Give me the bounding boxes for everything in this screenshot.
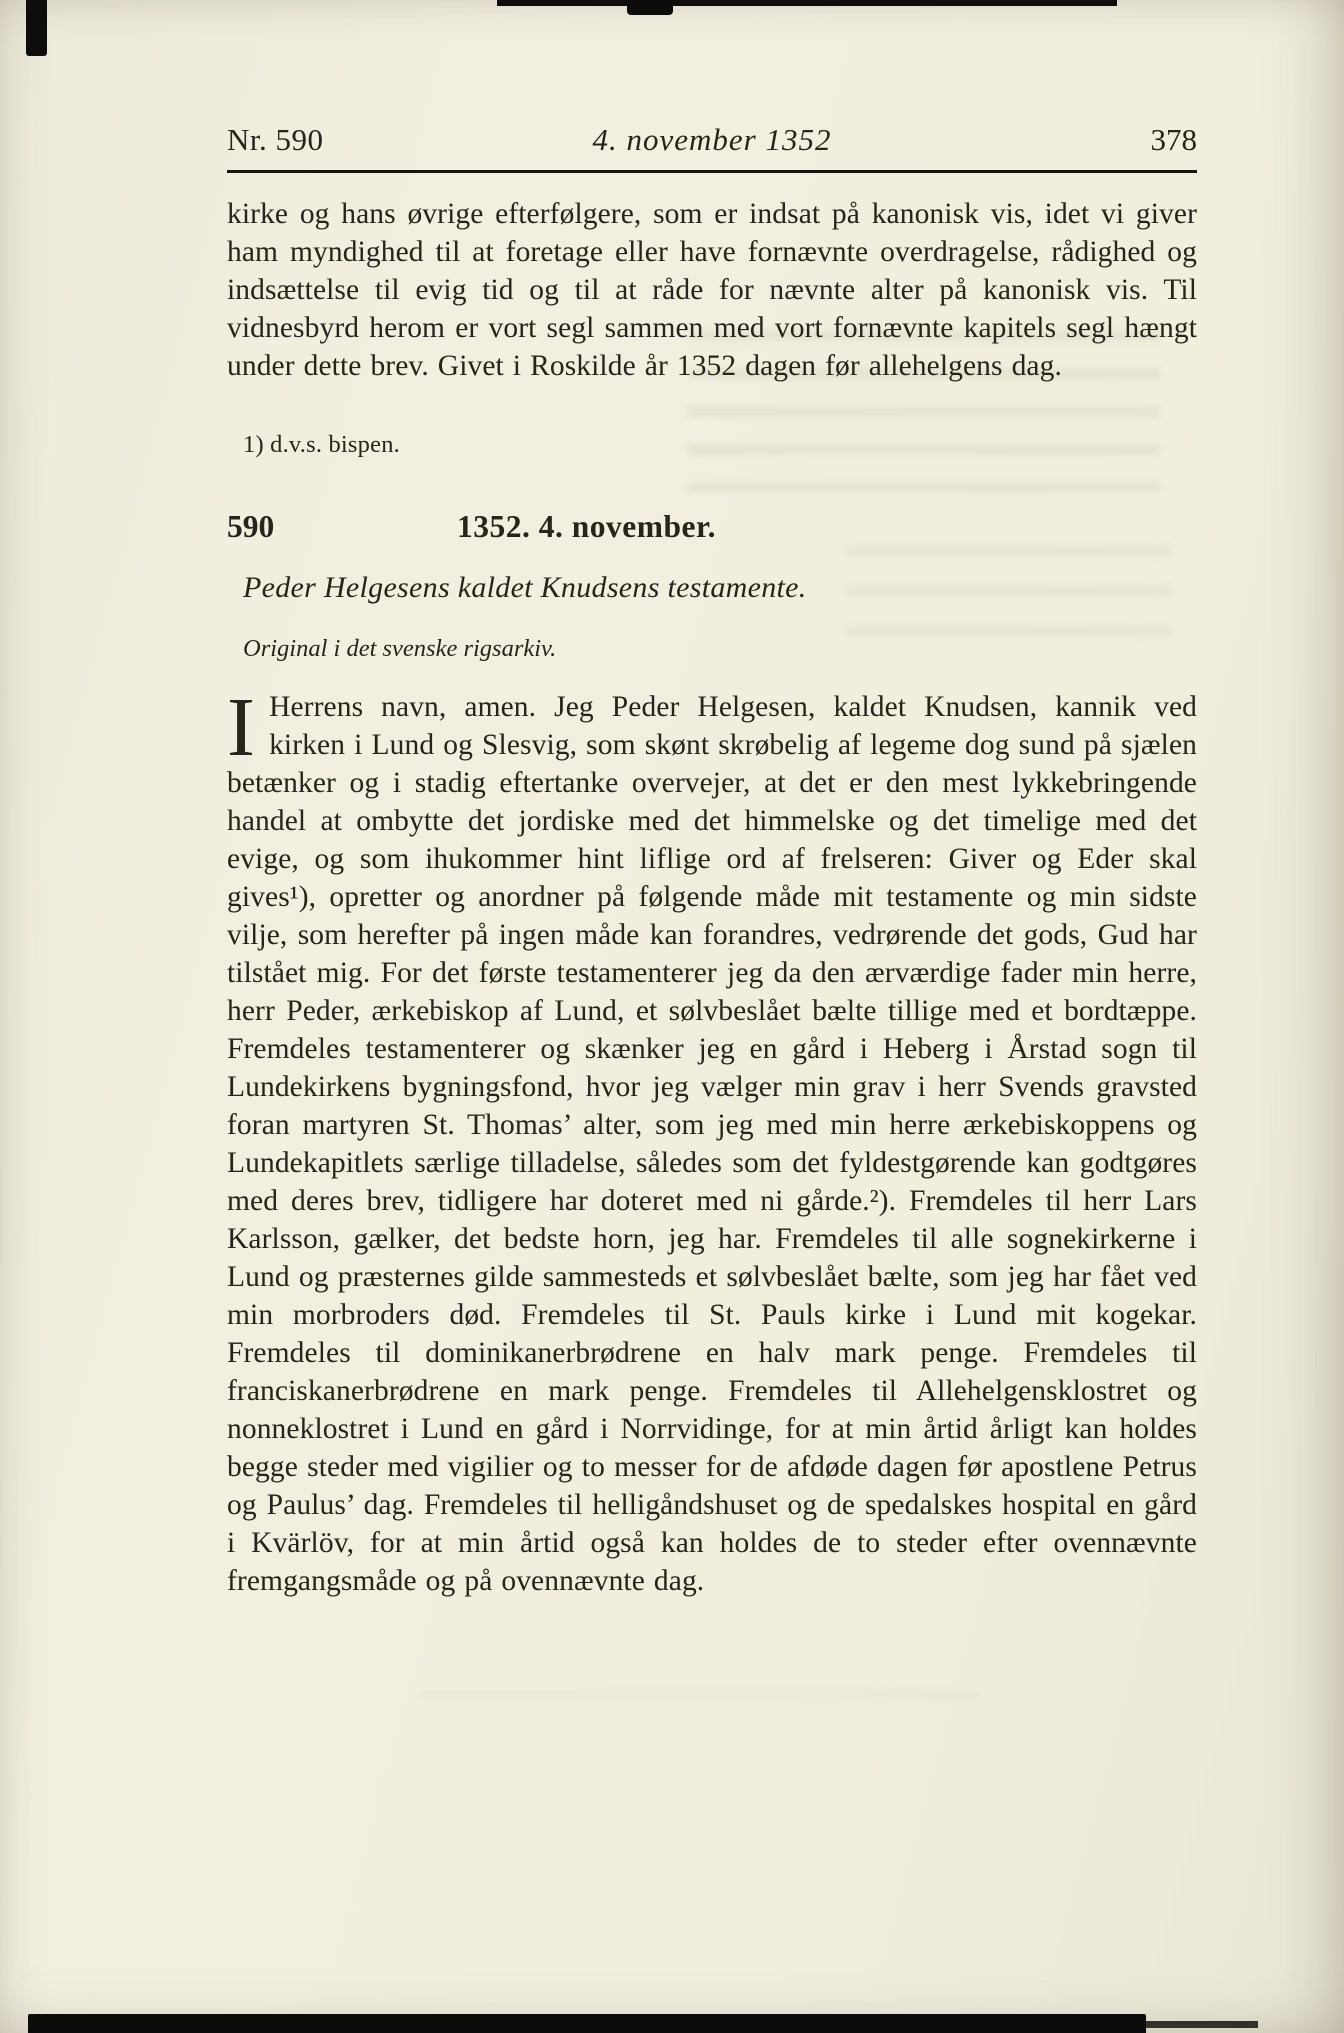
scan-artifact-top-strip bbox=[497, 0, 1117, 6]
entry-body-text: Herrens navn, amen. Jeg Peder Helgesen, … bbox=[227, 691, 1197, 1597]
entry-heading: 590 1352. 4. november. bbox=[227, 505, 1197, 545]
scan-artifact-top-left bbox=[26, 0, 47, 56]
text-block: Nr. 590 4. november 1352 378 kirke og ha… bbox=[227, 0, 1197, 1600]
document-number-label: Nr. 590 bbox=[227, 122, 324, 158]
scan-artifact-bottom-bar bbox=[28, 2014, 1146, 2033]
continuation-paragraph: kirke og hans øvrige efterfølgere, som e… bbox=[227, 195, 1197, 385]
entry-title: Peder Helgesens kaldet Knudsens testamen… bbox=[227, 571, 1197, 605]
page-number: 378 bbox=[1151, 122, 1198, 158]
drop-cap: I bbox=[227, 688, 269, 760]
entry-date-heading: 1352. 4. november. bbox=[457, 509, 716, 545]
footnote: 1) d.v.s. bispen. bbox=[227, 431, 1197, 459]
verso-bleedthrough bbox=[420, 1690, 980, 1730]
running-header: Nr. 590 4. november 1352 378 bbox=[227, 118, 1197, 158]
scanned-book-page: Nr. 590 4. november 1352 378 kirke og ha… bbox=[0, 0, 1344, 2033]
scan-artifact-bottom-bar-2 bbox=[1146, 2021, 1258, 2028]
header-rule bbox=[227, 170, 1197, 173]
scan-artifact-top-blob bbox=[627, 0, 673, 15]
entry-provenance: Original i det svenske rigsarkiv. bbox=[227, 635, 1197, 663]
running-header-date: 4. november 1352 bbox=[593, 122, 832, 158]
entry-body: IHerrens navn, amen. Jeg Peder Helgesen,… bbox=[227, 688, 1197, 1600]
entry-number: 590 bbox=[227, 509, 274, 545]
